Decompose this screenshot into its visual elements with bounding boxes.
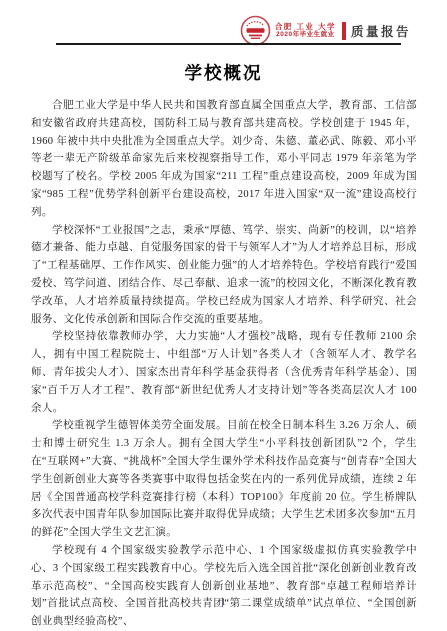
body-content: 合肥工业大学是中华人民共和国教育部直属全国重点大学，教育部、工信部和安徽省政府共… [31, 97, 417, 631]
red-divider-bar [342, 22, 346, 40]
body-paragraph: 学校重视学生德智体美劳全面发展。目前在校全日制本科生 3.26 万余人、硕士和博… [31, 417, 417, 542]
report-title: 质量报告 [351, 22, 411, 40]
report-header: 合肥 工业 大学 2020年毕业生就业 质量报告 [240, 15, 411, 46]
university-seal-icon [240, 15, 271, 46]
body-paragraph: 学校坚持依靠教师办学，大力实施“人才强校”战略，现有专任教师 2100 余人，拥… [31, 328, 417, 417]
body-paragraph: 学校深怀“工业报国”之志，秉承“厚德、笃学、崇实、尚新”的校训，以“培养德才兼备… [31, 222, 417, 329]
school-name-block: 合肥 工业 大学 2020年毕业生就业 [275, 22, 336, 40]
report-year-text: 2020年毕业生就业 [275, 31, 336, 39]
school-name-text: 合肥 工业 大学 [275, 22, 336, 31]
document-page: 合肥 工业 大学 2020年毕业生就业 质量报告 学校概况 合肥工业大学是中华人… [0, 0, 447, 631]
page-title: 学校概况 [0, 60, 447, 85]
header-rule-divider [56, 43, 401, 45]
page-number: 1 [0, 597, 447, 607]
body-paragraph: 合肥工业大学是中华人民共和国教育部直属全国重点大学，教育部、工信部和安徽省政府共… [31, 97, 417, 222]
body-paragraph: 学校现有 4 个国家级实验教学示范中心、1 个国家级虚拟仿真实验教学中心、3 个… [31, 542, 417, 631]
